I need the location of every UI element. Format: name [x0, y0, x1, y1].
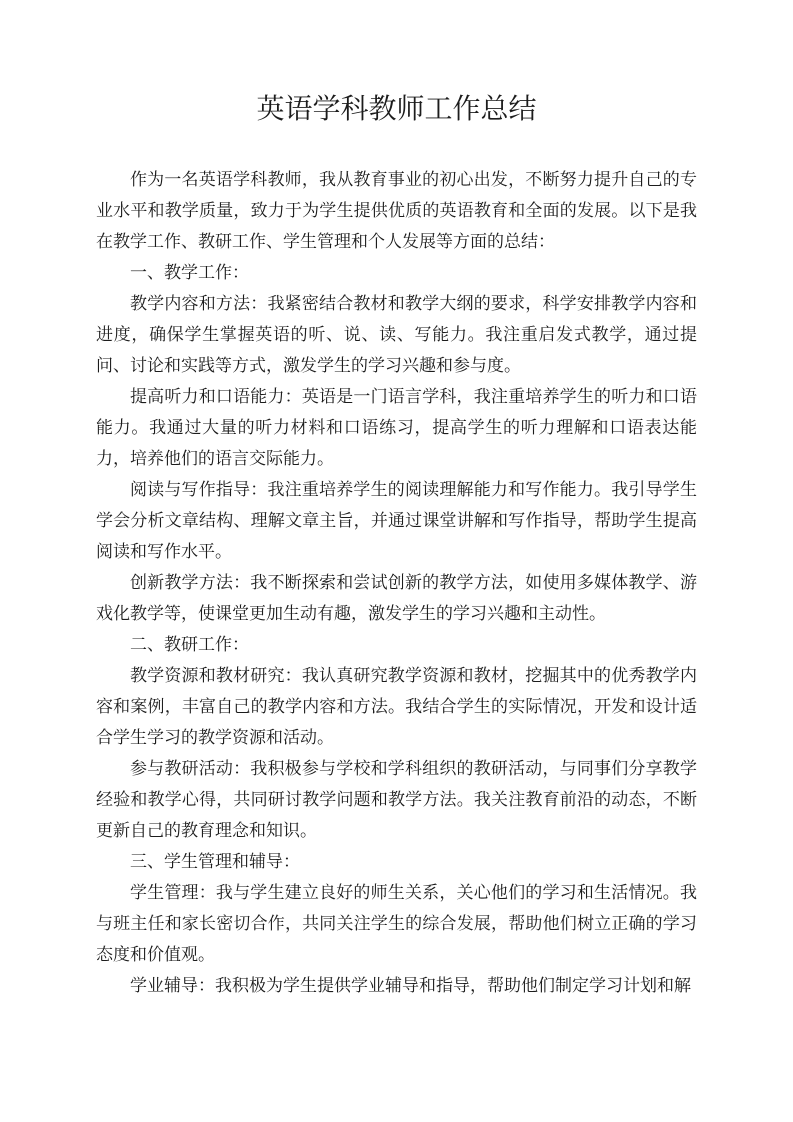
paragraph: 学生管理：我与学生建立良好的师生关系，关心他们的学习和生活情况。我与班主任和家长… [96, 877, 697, 970]
document-title: 英语学科教师工作总结 [96, 92, 697, 128]
paragraph: 三、学生管理和辅导： [96, 846, 697, 877]
paragraph: 作为一名英语学科教师，我从教育事业的初心出发，不断努力提升自己的专业水平和教学质… [96, 164, 697, 257]
paragraph: 提高听力和口语能力：英语是一门语言学科，我注重培养学生的听力和口语能力。我通过大… [96, 381, 697, 474]
paragraph: 阅读与写作指导：我注重培养学生的阅读理解能力和写作能力。我引导学生学会分析文章结… [96, 474, 697, 567]
paragraph: 教学内容和方法：我紧密结合教材和教学大纲的要求，科学安排教学内容和进度，确保学生… [96, 288, 697, 381]
document-page: 英语学科教师工作总结 作为一名英语学科教师，我从教育事业的初心出发，不断努力提升… [0, 0, 793, 1122]
paragraph: 参与教研活动：我积极参与学校和学科组织的教研活动，与同事们分享教学经验和教学心得… [96, 753, 697, 846]
paragraph: 学业辅导：我积极为学生提供学业辅导和指导，帮助他们制定学习计划和解 [96, 970, 697, 1001]
paragraph: 二、教研工作： [96, 629, 697, 660]
paragraph: 教学资源和教材研究：我认真研究教学资源和教材，挖掘其中的优秀教学内容和案例，丰富… [96, 660, 697, 753]
paragraph: 一、教学工作： [96, 257, 697, 288]
paragraph: 创新教学方法：我不断探索和尝试创新的教学方法，如使用多媒体教学、游戏化教学等，使… [96, 567, 697, 629]
